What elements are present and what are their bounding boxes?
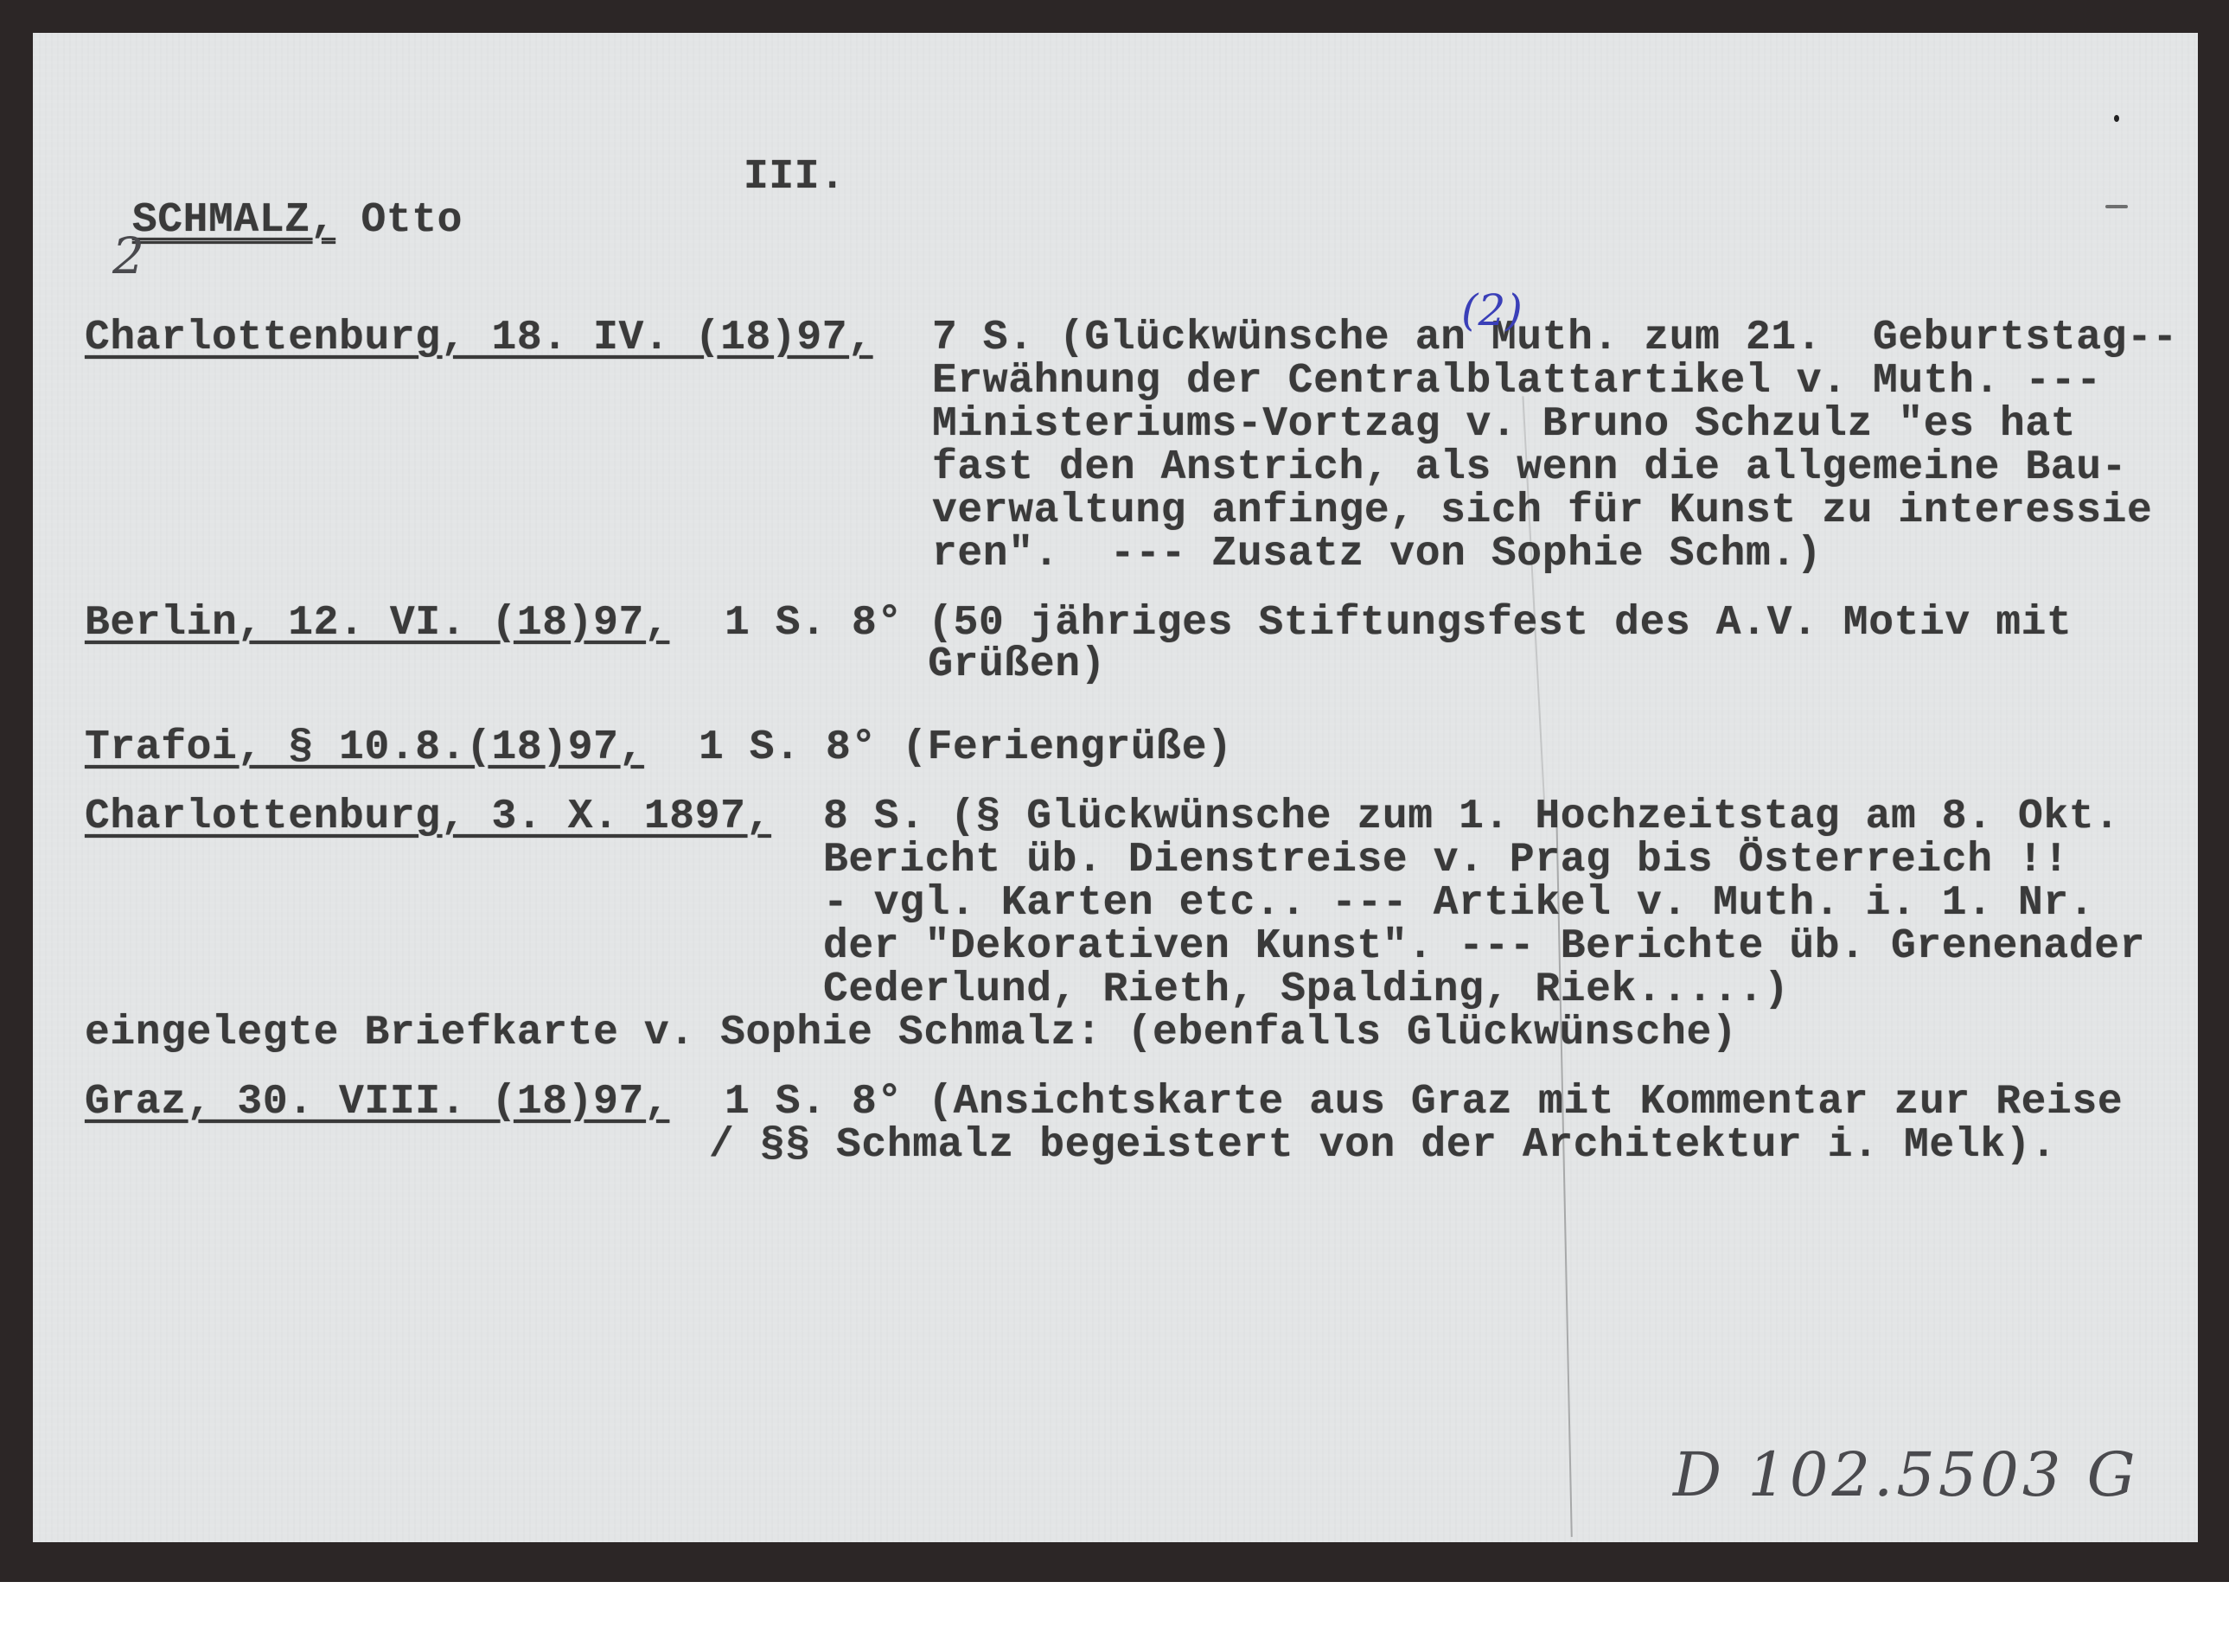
ink-speck [2114, 115, 2119, 122]
ink-speck [2105, 205, 2128, 208]
shelfmark: D 102.5503 G [1673, 1439, 2139, 1510]
entry-note: eingelegte Briefkarte v. Sophie Schmalz:… [85, 1011, 1737, 1055]
entry-place-date: Trafoi, § 10.8.(18)97, [85, 726, 644, 769]
entry-place-date: Graz, 30. VIII. (18)97, [85, 1081, 669, 1124]
entry-place-date: Berlin, 12. VI. (18)97, [85, 602, 669, 645]
handwritten-number: 2 [112, 226, 144, 285]
entry-description: 1 S. 8° (Feriengrüße) [699, 726, 1233, 769]
surname: SCHMALZ, [132, 197, 335, 244]
index-card [33, 33, 2198, 1542]
given-name: Otto [361, 197, 463, 244]
entry-place-date: Charlottenburg, 18. IV. (18)97, [85, 316, 873, 360]
section-number: III. [744, 156, 846, 199]
handwritten-insert: (2) [1461, 285, 1523, 335]
entry-place-date: Charlottenburg, 3. X. 1897, [85, 795, 771, 839]
